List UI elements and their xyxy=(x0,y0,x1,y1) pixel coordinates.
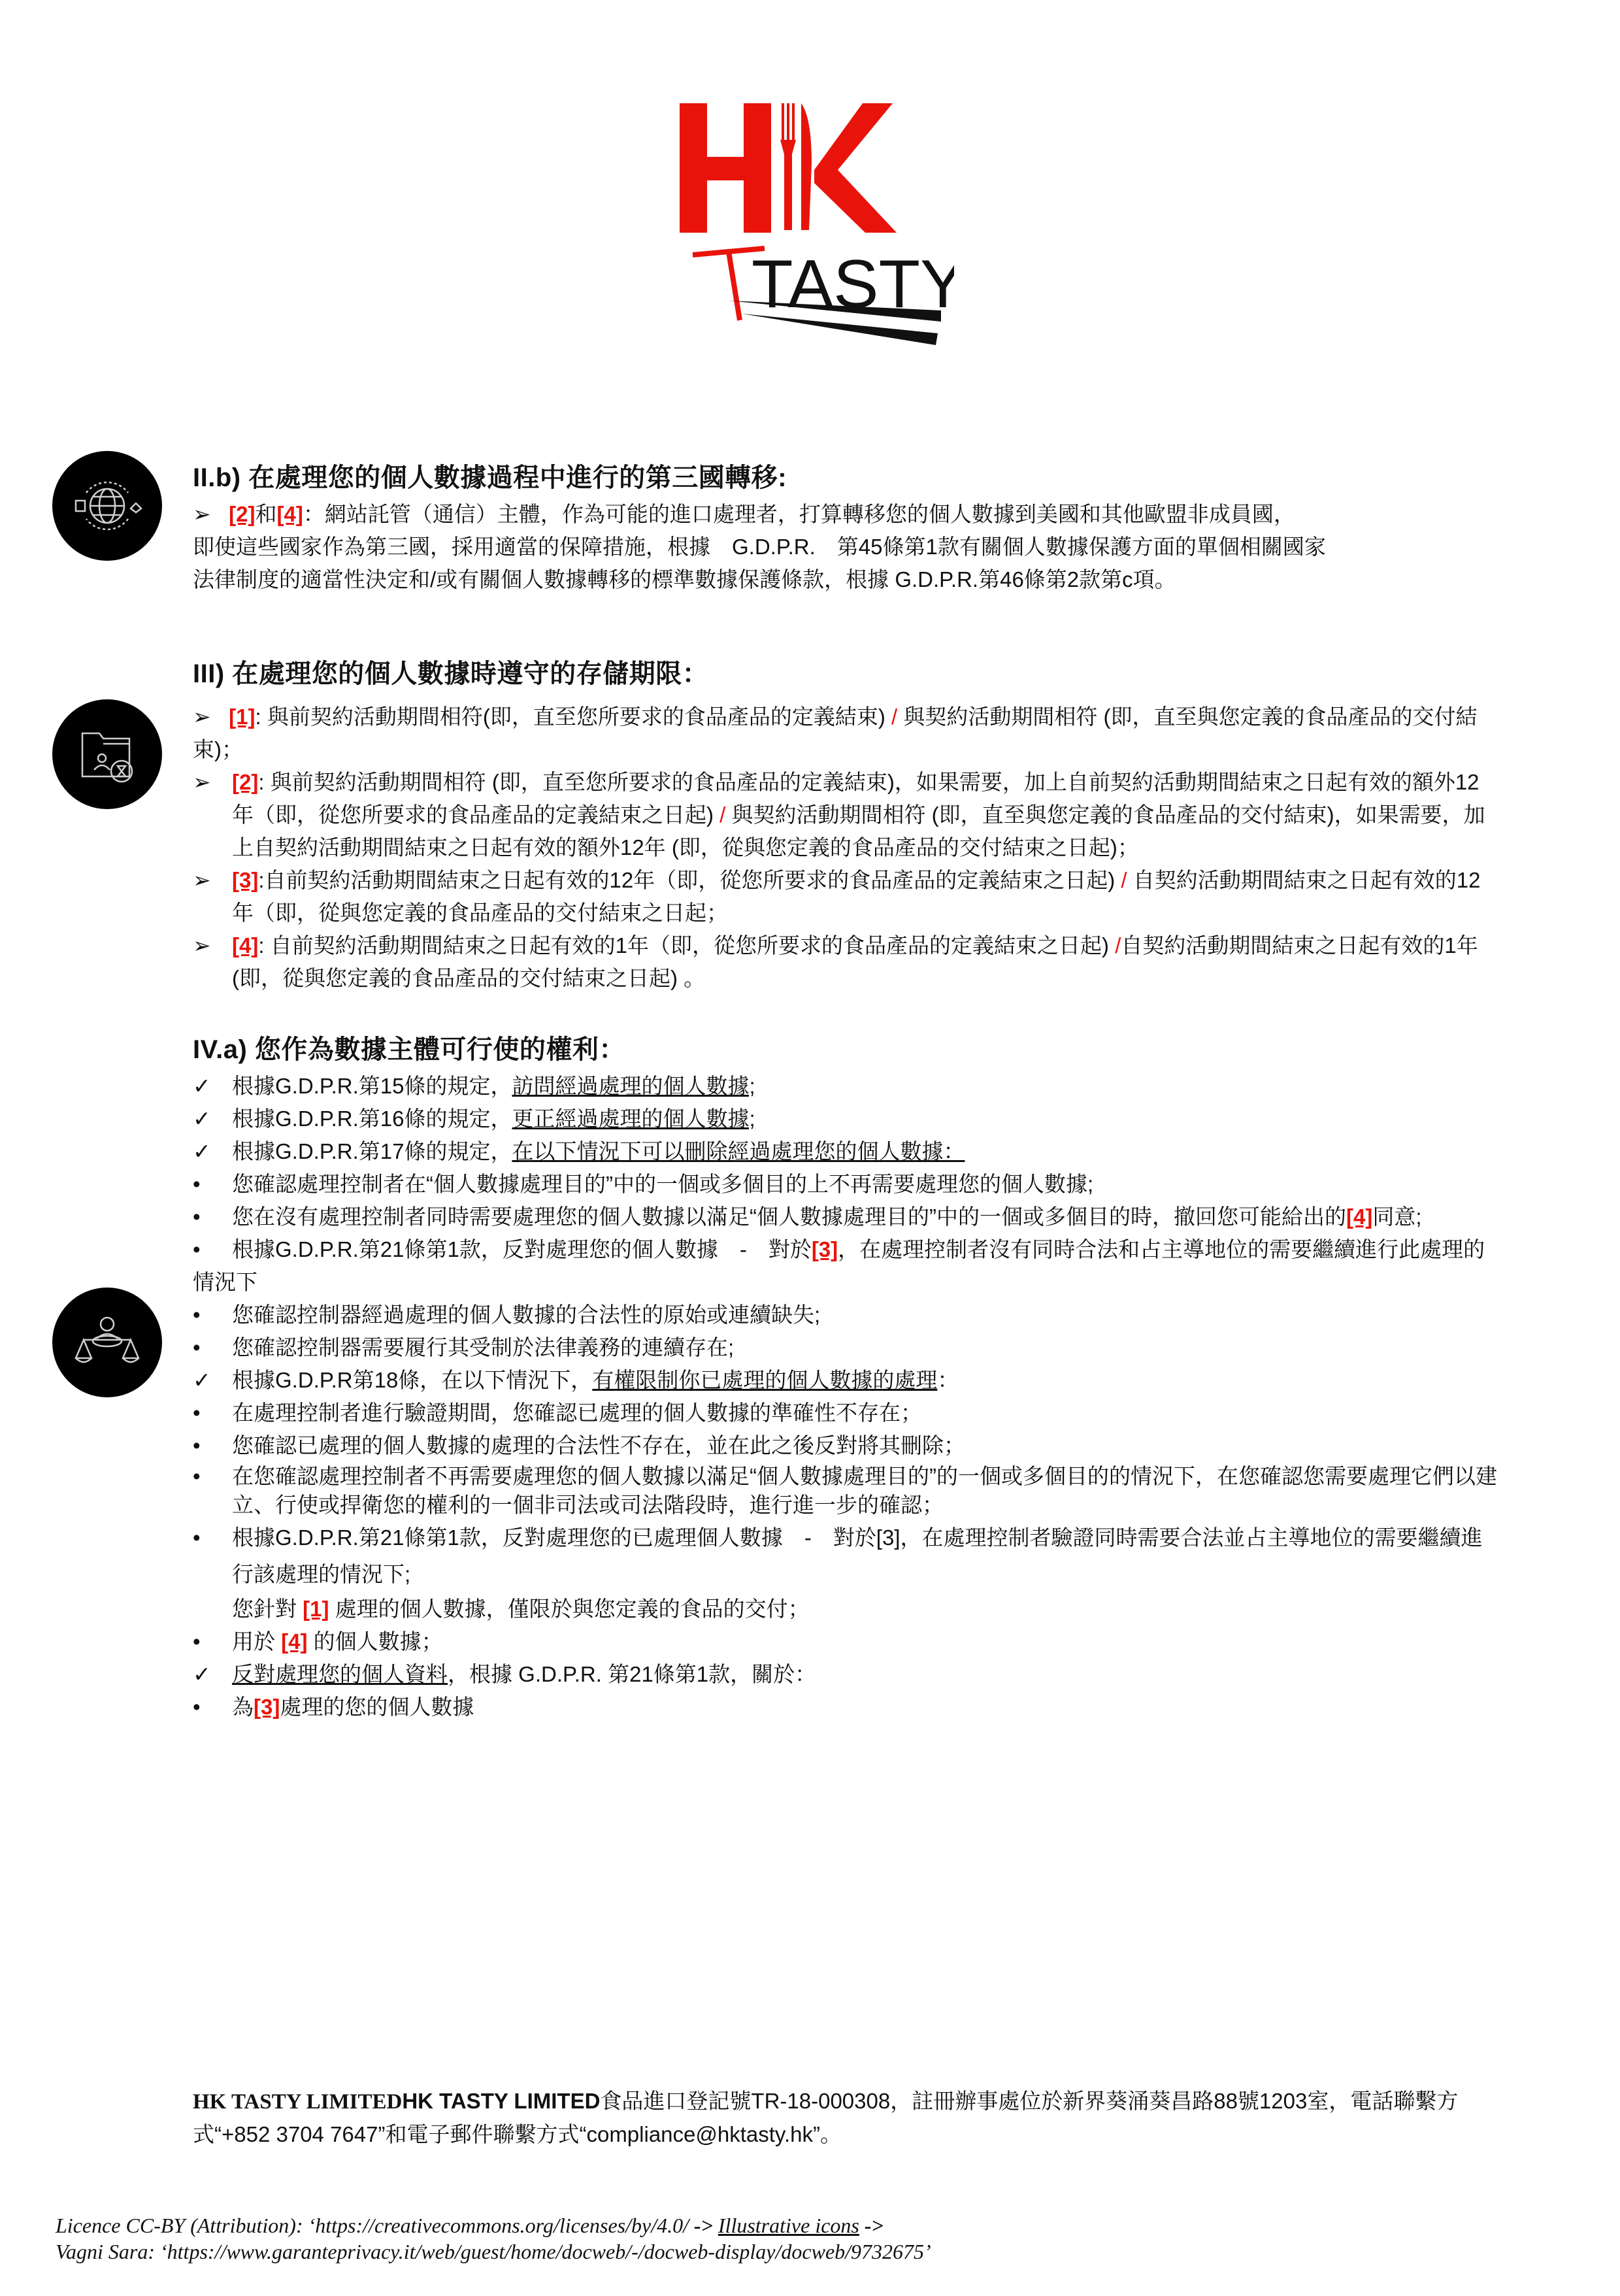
right-text: 根據G.D.P.R.第17條的規定， xyxy=(232,1139,512,1163)
section-heading: II.b) 在處理您的個人數據過程中進行的第三國轉移: xyxy=(193,458,1500,498)
ref-link-1[interactable]: [1] xyxy=(303,1597,329,1621)
retention-item-1: ➢ [1]: 與前契約活動期間相符(即，直至您所要求的食品產品的定義結束) / … xyxy=(193,701,1500,766)
bullet-icon: • xyxy=(193,1462,225,1491)
list-item-text: 同意; xyxy=(1372,1205,1421,1229)
list-item: • 您確認已處理的個人數據的處理的合法性不存在，並在此之後反對將其刪除； xyxy=(193,1429,1500,1462)
folder-user-hourglass-icon xyxy=(52,699,162,809)
list-item-text: 您確認控制器經過處理的個人數據的合法性的原始或連續缺失; xyxy=(232,1303,820,1327)
list-item-text: 您確認處理控制者在“個人數據處理目的”中的一個或多個目的上不再需要處理您的個人數… xyxy=(232,1172,1093,1196)
arrow-icon: -> xyxy=(865,2214,884,2237)
license-credits: Licence CC-BY (Attribution): ‘https://cr… xyxy=(56,2212,931,2265)
slash-separator: / xyxy=(1121,868,1127,892)
icon-source-text: Vagni Sara: ‘https://www.garanteprivacy.… xyxy=(56,2238,931,2265)
list-item: 您針對 [1] 處理的個人數據，僅限於與您定義的食品的交付； xyxy=(193,1593,1500,1625)
right-objection-link[interactable]: 反對處理您的個人資料 xyxy=(232,1662,448,1686)
list-item-text: 在處理控制者進行驗證期間，您確認已處理的個人數據的準確性不存在； xyxy=(232,1401,922,1425)
ref-link-4[interactable]: [4] xyxy=(277,502,303,526)
transfer-text: ：網站託管（通信）主體，作為可能的進口處理者，打算轉移您的個人數據到美國和其他歐… xyxy=(303,502,1295,526)
list-item: • 您確認控制器經過處理的個人數據的合法性的原始或連續缺失; xyxy=(193,1299,1500,1331)
globe-transfer-icon xyxy=(52,451,162,561)
bullet-icon: • xyxy=(193,1429,225,1462)
transfer-paragraph: ➢ [2]和[4]：網站託管（通信）主體，作為可能的進口處理者，打算轉移您的個人… xyxy=(193,498,1500,596)
check-icon: ✓ xyxy=(193,1103,225,1135)
list-item-text: 處理的您的個人數據 xyxy=(280,1695,474,1719)
list-item-text: 在您確認處理控制者不再需要處理您的個人數據以滿足“個人數據處理目的”的一個或多個… xyxy=(232,1464,1497,1517)
arrow-bullet-icon: ➢ xyxy=(193,766,225,799)
company-name-bold: HK TASTY LIMITED xyxy=(402,2089,600,2113)
bullet-icon: • xyxy=(193,1691,225,1723)
right-restriction-link[interactable]: 有權限制你已處理的個人數據的處理 xyxy=(592,1368,937,1392)
check-icon: ✓ xyxy=(193,1658,225,1691)
section-data-subject-rights: IV.a) 您作為數據主體可行使的權利： ✓ 根據G.D.P.R.第15條的規定… xyxy=(193,1029,1500,1723)
bullet-icon: • xyxy=(193,1299,225,1331)
transfer-text-line3: 法律制度的適當性決定和/或有關個人數據轉移的標準數據保護條款，根據 G.D.P.… xyxy=(193,567,1176,591)
list-item-text: 您確認控制器需要履行其受制於法律義務的連續存在; xyxy=(232,1335,734,1359)
section-heading: III) 在處理您的個人數據時遵守的存儲期限： xyxy=(193,654,1500,694)
right-text: ： xyxy=(937,1368,959,1392)
right-text: 根據G.D.P.R.第15條的規定， xyxy=(232,1074,512,1098)
retention-item-3: ➢ [3]:自前契約活動期間結束之日起有效的12年（即，從您所要求的食品產品的定… xyxy=(193,864,1500,929)
section-retention-period: III) 在處理您的個人數據時遵守的存儲期限： ➢ [1]: 與前契約活動期間相… xyxy=(193,654,1500,995)
slash-separator: / xyxy=(1115,933,1121,957)
list-item: • 根據G.D.P.R.第21條第1款，反對處理您的已處理個人數據 - 對於[3… xyxy=(193,1520,1500,1593)
list-item-text: 您針對 xyxy=(232,1597,303,1621)
bullet-icon: • xyxy=(193,1625,225,1658)
list-item-text: 根據G.D.P.R.第21條第1款，反對處理您的個人數據 - 對於 xyxy=(232,1237,812,1261)
retention-text: : 自前契約活動期間結束之日起有效的1年（即，從您所要求的食品產品的定義結束之日… xyxy=(258,933,1115,957)
retention-text: :自前契約活動期間結束之日起有效的12年（即，從您所要求的食品產品的定義結束之日… xyxy=(258,868,1121,892)
right-erasure-link[interactable]: 在以下情況下可以刪除經過處理您的個人數據： xyxy=(512,1139,965,1163)
conjunction: 和 xyxy=(256,502,277,526)
arrow-bullet-icon: ➢ xyxy=(193,864,225,897)
ref-link-3[interactable]: [3] xyxy=(232,868,258,892)
retention-text: : 與前契約活動期間相符(即，直至您所要求的食品產品的定義結束) xyxy=(256,705,891,729)
illustrative-icons-link[interactable]: Illustrative icons xyxy=(718,2214,859,2237)
list-item-text: 處理的個人數據，僅限於與您定義的食品的交付； xyxy=(329,1597,810,1621)
list-item: • 在處理控制者進行驗證期間，您確認已處理的個人數據的準確性不存在； xyxy=(193,1397,1500,1429)
list-item: • 您確認控制器需要履行其受制於法律義務的連續存在; xyxy=(193,1331,1500,1364)
right-text: ，根據 G.D.P.R. 第21條第1款，關於： xyxy=(448,1662,816,1686)
ref-link-4[interactable]: [4] xyxy=(281,1629,307,1654)
slash-separator: / xyxy=(719,803,725,827)
ref-link-3[interactable]: [3] xyxy=(812,1237,838,1261)
arrow-bullet-icon: ➢ xyxy=(193,929,225,962)
list-item-text: 為 xyxy=(232,1695,254,1719)
check-icon: ✓ xyxy=(193,1364,225,1397)
company-footer: HK TASTY LIMITEDHK TASTY LIMITED食品進口登記號T… xyxy=(193,2085,1500,2151)
bullet-icon: • xyxy=(193,1168,225,1201)
list-item: • 您確認處理控制者在“個人數據處理目的”中的一個或多個目的上不再需要處理您的個… xyxy=(193,1168,1500,1201)
license-text: Licence CC-BY (Attribution): ‘https://cr… xyxy=(56,2214,694,2237)
right-access: ✓ 根據G.D.P.R.第15條的規定，訪問經過處理的個人數據; xyxy=(193,1070,1500,1103)
right-rectification: ✓ 根據G.D.P.R.第16條的規定，更正經過處理的個人數據; xyxy=(193,1103,1500,1135)
ref-link-1[interactable]: [1] xyxy=(229,705,255,729)
scales-justice-icon xyxy=(52,1288,162,1397)
list-item: • 在您確認處理控制者不再需要處理您的個人數據以滿足“個人數據處理目的”的一個或… xyxy=(193,1462,1500,1520)
list-item: • 您在沒有處理控制者同時需要處理您的個人數據以滿足“個人數據處理目的”中的一個… xyxy=(193,1201,1500,1233)
transfer-text-line2: 即使這些國家作為第三國，採用適當的保障措施，根據 G.D.P.R. 第45條第1… xyxy=(193,535,1326,559)
list-item-text: 用於 xyxy=(232,1629,281,1654)
arrow-icon: -> xyxy=(694,2214,713,2237)
slash-separator: / xyxy=(891,705,897,729)
retention-item-4: ➢ [4]: 自前契約活動期間結束之日起有效的1年（即，從您所要求的食品產品的定… xyxy=(193,929,1500,995)
bullet-icon: • xyxy=(193,1397,225,1429)
right-access-link[interactable]: 訪問經過處理的個人數據; xyxy=(512,1074,755,1098)
check-icon: ✓ xyxy=(193,1070,225,1103)
bullet-icon: • xyxy=(193,1201,225,1233)
bullet-icon: • xyxy=(193,1520,225,1556)
ref-link-3[interactable]: [3] xyxy=(254,1695,280,1719)
check-icon: ✓ xyxy=(193,1135,225,1168)
ref-link-4[interactable]: [4] xyxy=(232,933,258,957)
right-text: 根據G.D.P.R.第16條的規定， xyxy=(232,1106,512,1131)
company-name: HK TASTY LIMITED xyxy=(193,2090,402,2114)
list-item-text: 的個人數據； xyxy=(308,1629,443,1654)
section-heading: IV.a) 您作為數據主體可行使的權利： xyxy=(193,1029,1500,1070)
retention-item-2: ➢ [2]: 與前契約活動期間相符 (即，直至您所要求的食品產品的定義結束)，如… xyxy=(193,766,1500,864)
ref-link-2[interactable]: [2] xyxy=(232,770,258,794)
hk-tasty-logo: TASTY xyxy=(667,92,954,353)
bullet-icon: • xyxy=(193,1331,225,1364)
list-item-text: 您確認已處理的個人數據的處理的合法性不存在，並在此之後反對將其刪除； xyxy=(232,1433,965,1457)
ref-link-2[interactable]: [2] xyxy=(229,502,255,526)
right-rectification-link[interactable]: 更正經過處理的個人數據; xyxy=(512,1106,755,1131)
list-item: • 根據G.D.P.R.第21條第1款，反對處理您的個人數據 - 對於[3]，在… xyxy=(193,1233,1500,1299)
list-item: • 為[3]處理的您的個人數據 xyxy=(193,1691,1500,1723)
right-erasure: ✓ 根據G.D.P.R.第17條的規定，在以下情況下可以刪除經過處理您的個人數據… xyxy=(193,1135,1500,1168)
arrow-bullet-icon: ➢ xyxy=(193,502,211,526)
section-third-country-transfer: II.b) 在處理您的個人數據過程中進行的第三國轉移: ➢ [2]和[4]：網站… xyxy=(193,458,1500,596)
list-item-text: 您在沒有處理控制者同時需要處理您的個人數據以滿足“個人數據處理目的”中的一個或多… xyxy=(232,1205,1346,1229)
bullet-icon: • xyxy=(193,1233,225,1266)
ref-link-4[interactable]: [4] xyxy=(1346,1205,1372,1229)
list-item-text: 根據G.D.P.R.第21條第1款，反對處理您的已處理個人數據 - 對於[3]，… xyxy=(232,1525,1483,1586)
right-restriction: ✓ 根據G.D.P.R第18條，在以下情況下，有權限制你已處理的個人數據的處理： xyxy=(193,1364,1500,1397)
list-item: • 用於 [4] 的個人數據； xyxy=(193,1625,1500,1658)
arrow-bullet-icon: ➢ xyxy=(193,705,211,729)
right-text: 根據G.D.P.R第18條，在以下情況下， xyxy=(232,1368,592,1392)
right-objection: ✓ 反對處理您的個人資料，根據 G.D.P.R. 第21條第1款，關於： xyxy=(193,1658,1500,1691)
